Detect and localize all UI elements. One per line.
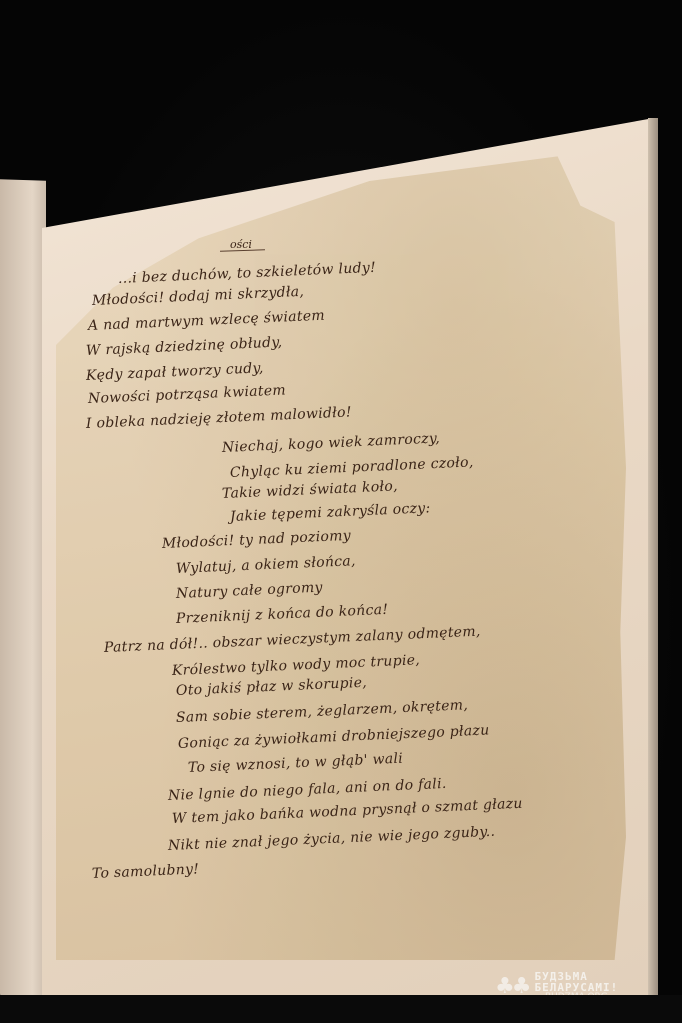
manuscript-line: Nikt nie znał jego życia, nie wie jego z… (168, 824, 496, 854)
manuscript-line: Niechaj, kogo wiek zamroczy, (222, 430, 441, 455)
manuscript-line: Goniąc za żywiołkami drobniejszego płazu (178, 722, 490, 752)
manuscript-line: Oto jakiś płaz w skorupie, (176, 675, 368, 699)
heading-rule (220, 249, 265, 252)
manuscript-line: ...i bez duchów, to szkieletów ludy! (118, 260, 377, 287)
manuscript-line: To się wznosi, to w głąb' wali (188, 751, 404, 776)
watermark-line1: БУДЗЬМА (534, 971, 618, 982)
bottom-shadow (0, 995, 682, 1023)
manuscript-line: Przeniknij z końca do końca! (176, 602, 389, 627)
manuscript-line: Nie lgnie do niego fala, ani on do fali. (168, 776, 447, 804)
handwritten-text: ości ...i bez duchów, to szkieletów ludy… (0, 0, 682, 1023)
manuscript-line: Kędy zapał tworzy cudy, (86, 360, 264, 384)
manuscript-line: Natury całe ogromy (176, 580, 323, 602)
manuscript-line: To samolubny! (92, 861, 200, 882)
watermark-line2: БЕЛАРУСАМІ! (534, 982, 618, 993)
manuscript-line: Chyląc ku ziemi poradlone czoło, (230, 454, 474, 481)
manuscript-line: Takie widzi świata koło, (222, 478, 398, 502)
manuscript-line: Młodości! ty nad poziomy (162, 528, 352, 552)
manuscript-line: Jakie tępemi zakryśla oczy: (230, 500, 431, 525)
manuscript-line: I obleka nadzieję złotem malowidło! (86, 404, 352, 432)
manuscript-line: A nad martwym wzlecę światem (88, 308, 326, 334)
manuscript-line: Patrz na dół!.. obszar wieczystym zalany… (104, 624, 481, 656)
manuscript-line: Królestwo tylko wody moc trupie, (172, 652, 421, 679)
manuscript-line: Wylatuj, a okiem słońca, (176, 553, 356, 577)
manuscript-line: W rajską dziedzinę obłudy, (86, 334, 283, 359)
manuscript-line: Młodości! dodaj mi skrzydła, (92, 284, 305, 309)
manuscript-line: Nowości potrząsa kwiatem (88, 382, 287, 407)
manuscript-line: Sam sobie sterem, żeglarzem, okrętem, (176, 697, 469, 726)
